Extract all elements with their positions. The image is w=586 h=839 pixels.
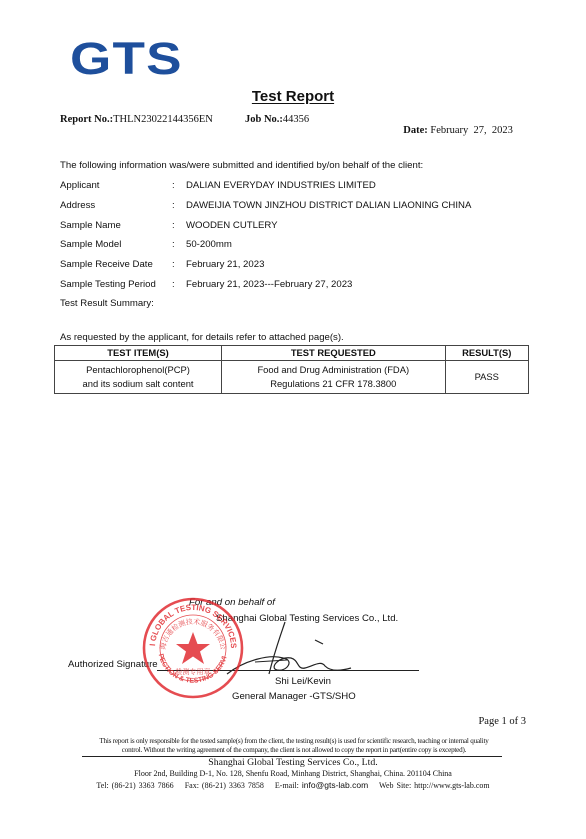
job-no-value: 44356: [283, 114, 309, 125]
info-colon: :: [172, 199, 175, 213]
table-row: Pentachlorophenol(PCP) and its sodium sa…: [55, 361, 529, 394]
test-item-line: and its sodium salt content: [55, 377, 221, 391]
footer-fax: Fax: (86-21) 3363 7858: [185, 781, 264, 790]
table-header-row: TEST ITEM(S) TEST REQUESTED RESULT(S): [55, 346, 529, 361]
header-test-requested: TEST REQUESTED: [222, 346, 445, 361]
footer-tel: Tel: (86-21) 3363 7866: [96, 781, 173, 790]
info-value: February 21, 2023---February 27, 2023: [186, 278, 352, 292]
info-colon: :: [172, 278, 175, 292]
footer-email-label: E-mail:: [275, 781, 299, 790]
title-text: Test Report: [252, 88, 334, 105]
page-title: Test Report: [0, 88, 586, 105]
logo-text: GTS: [70, 39, 183, 79]
report-no-label: Report No.:: [60, 114, 113, 125]
header-test-items: TEST ITEM(S): [55, 346, 222, 361]
page-number: Page 1 of 3: [478, 716, 526, 727]
footer-address: Floor 2nd, Building D-1, No. 128, Shenfu…: [0, 769, 586, 778]
date-value: February 27, 2023: [430, 125, 513, 136]
job-no-label: Job No.:: [245, 114, 283, 125]
info-label: Sample Receive Date: [60, 258, 172, 272]
info-value: February 21, 2023: [186, 258, 264, 272]
report-number: Report No.:THLN23022144356EN: [60, 114, 213, 125]
test-item-line: Pentachlorophenol(PCP): [55, 363, 221, 377]
info-value: DALIAN EVERYDAY INDUSTRIES LIMITED: [186, 179, 376, 193]
report-no-value: THLN23022144356EN: [113, 114, 213, 125]
gts-logo: GTS: [70, 39, 172, 79]
info-colon: :: [172, 258, 175, 272]
info-label: Address: [60, 199, 172, 213]
company-seal: SHANGHAI GLOBAL TESTING SERVICES CO., LT…: [141, 596, 245, 700]
cell-test-requested: Food and Drug Administration (FDA) Regul…: [222, 361, 445, 394]
info-value: WOODEN CUTLERY: [186, 219, 278, 233]
date-label: Date:: [403, 125, 428, 136]
info-label: Applicant: [60, 179, 172, 193]
info-label: Sample Name: [60, 219, 172, 233]
info-label: Sample Testing Period: [60, 278, 172, 292]
footer-contact: Tel: (86-21) 3363 7866 Fax: (86-21) 3363…: [0, 780, 586, 790]
cell-test-item: Pentachlorophenol(PCP) and its sodium sa…: [55, 361, 222, 394]
job-number: Job No.:44356: [245, 114, 309, 125]
footer-website[interactable]: Web Site: http://www.gts-lab.com: [379, 781, 490, 790]
footer-company: Shanghai Global Testing Services Co., Lt…: [0, 757, 586, 768]
header-results: RESULT(S): [445, 346, 529, 361]
info-colon: :: [172, 238, 175, 252]
test-requested-line: Food and Drug Administration (FDA): [222, 363, 444, 377]
info-label: Sample Model: [60, 238, 172, 252]
svg-text:检测专用章: 检测专用章: [176, 667, 211, 676]
test-requested-line: Regulations 21 CFR 178.3800: [222, 377, 444, 391]
refer-note: As requested by the applicant, for detai…: [60, 332, 344, 343]
footer-email[interactable]: info@gts-lab.com: [302, 780, 368, 790]
info-value: 50-200mm: [186, 238, 232, 252]
signer-title: General Manager -GTS/SHO: [232, 691, 356, 702]
intro-text: The following information was/were submi…: [60, 160, 423, 171]
cell-result: PASS: [445, 361, 529, 394]
info-colon: :: [172, 219, 175, 233]
signer-name: Shi Lei/Kevin: [275, 676, 331, 687]
info-colon: :: [172, 179, 175, 193]
report-date: Date: February 27, 2023: [398, 114, 513, 136]
summary-label: Test Result Summary:: [60, 298, 154, 309]
results-table: TEST ITEM(S) TEST REQUESTED RESULT(S) Pe…: [54, 345, 529, 394]
disclaimer: This report is only responsible for the …: [58, 737, 530, 755]
info-value: DAWEIJIA TOWN JINZHOU DISTRICT DALIAN LI…: [186, 199, 471, 213]
disclaimer-line: control. Without the writing agreement o…: [58, 746, 530, 755]
disclaimer-line: This report is only responsible for the …: [58, 737, 530, 746]
